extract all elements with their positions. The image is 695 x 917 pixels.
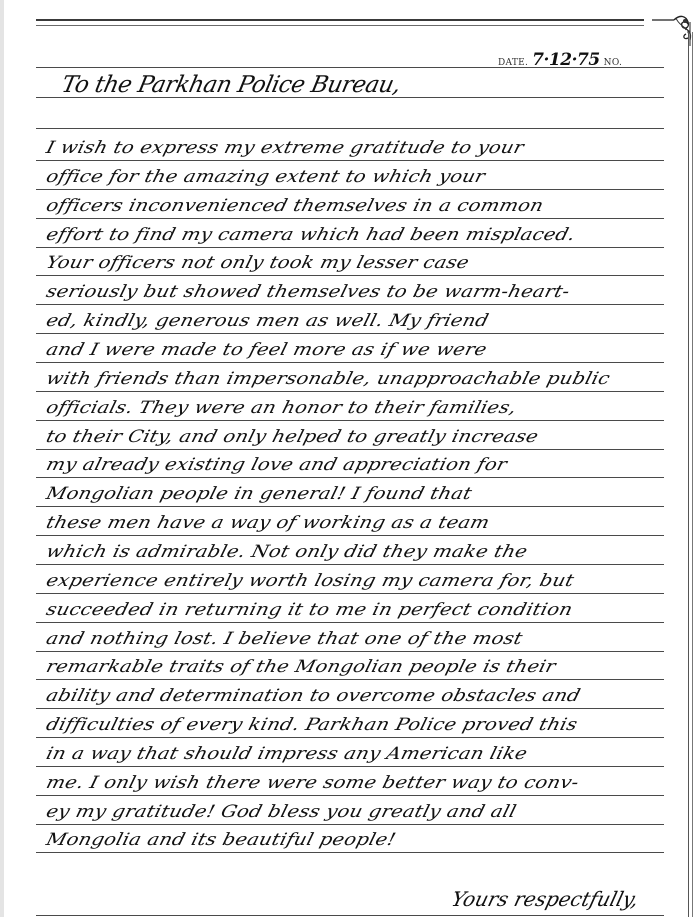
letterhead-top-rule xyxy=(36,19,644,26)
letter-line: these men have a way of working as a tea… xyxy=(44,513,492,533)
ruled-line xyxy=(36,160,664,161)
letter-line: and nothing lost. I believe that one of … xyxy=(44,629,525,649)
ruled-line xyxy=(36,333,664,334)
right-page-border xyxy=(688,32,693,917)
letter-line: effort to find my camera which had been … xyxy=(44,225,577,245)
letter-line: I wish to express my extreme gratitude t… xyxy=(44,138,526,158)
bottom-rule xyxy=(36,915,664,916)
ruled-line xyxy=(36,766,664,767)
ruled-line xyxy=(36,535,664,536)
letter-line: in a way that should impress any America… xyxy=(44,744,529,764)
ruled-line xyxy=(36,622,664,623)
ruled-line xyxy=(36,593,664,594)
closing: Yours respectfully, xyxy=(449,887,641,911)
ruled-line xyxy=(36,679,664,680)
ruled-line xyxy=(36,795,664,796)
salutation: To the Parkhan Police Bureau, xyxy=(59,72,403,98)
ruled-line xyxy=(36,477,664,478)
letter-line: succeeded in returning it to me in perfe… xyxy=(44,600,575,620)
letter-line: officers inconvenienced themselves in a … xyxy=(44,196,546,216)
ruled-line xyxy=(36,852,664,853)
ruled-line xyxy=(36,247,664,248)
ruled-line xyxy=(36,708,664,709)
ruled-line xyxy=(36,449,664,450)
letter-line: with friends than impersonable, unapproa… xyxy=(44,369,612,389)
letter-line: and I were made to feel more as if we we… xyxy=(44,340,489,360)
letter-page: DATE. 7·12·75 NO. To the Parkhan Police … xyxy=(4,0,695,917)
letter-line: officials. They were an honor to their f… xyxy=(44,398,518,418)
ruled-line xyxy=(36,391,664,392)
letter-line: difficulties of every kind. Parkhan Poli… xyxy=(44,715,580,735)
letter-line: ey my gratitude! God bless you greatly a… xyxy=(44,802,518,822)
date-rule xyxy=(36,67,664,68)
ruled-line xyxy=(36,275,664,276)
ruled-line xyxy=(36,189,664,190)
letter-line: Mongolia and its beautiful people! xyxy=(44,830,398,850)
letter-line: me. I only wish there were some better w… xyxy=(44,773,581,793)
ruled-line xyxy=(36,362,664,363)
letter-line: my already existing love and appreciatio… xyxy=(44,455,509,475)
ruled-line xyxy=(36,218,664,219)
separator-rule xyxy=(36,128,664,129)
letter-line: ed, kindly, generous men as well. My fri… xyxy=(44,311,491,331)
letter-line: Your officers not only took my lesser ca… xyxy=(44,253,471,273)
ruled-line xyxy=(36,420,664,421)
ruled-line xyxy=(36,304,664,305)
letter-line: office for the amazing extent to which y… xyxy=(44,167,487,187)
letter-line: Mongolian people in general! I found tha… xyxy=(44,484,474,504)
letter-line: experience entirely worth losing my came… xyxy=(44,571,576,591)
ruled-line xyxy=(36,506,664,507)
letter-line: ability and determination to overcome ob… xyxy=(44,686,583,706)
letter-line: seriously but showed themselves to be wa… xyxy=(44,282,572,302)
letter-line: to their City, and only helped to greatl… xyxy=(44,427,540,447)
ruled-line xyxy=(36,737,664,738)
ruled-line xyxy=(36,651,664,652)
ruled-line xyxy=(36,564,664,565)
ruled-line xyxy=(36,824,664,825)
letter-line: remarkable traits of the Mongolian peopl… xyxy=(44,657,558,677)
letter-line: which is admirable. Not only did they ma… xyxy=(44,542,530,562)
